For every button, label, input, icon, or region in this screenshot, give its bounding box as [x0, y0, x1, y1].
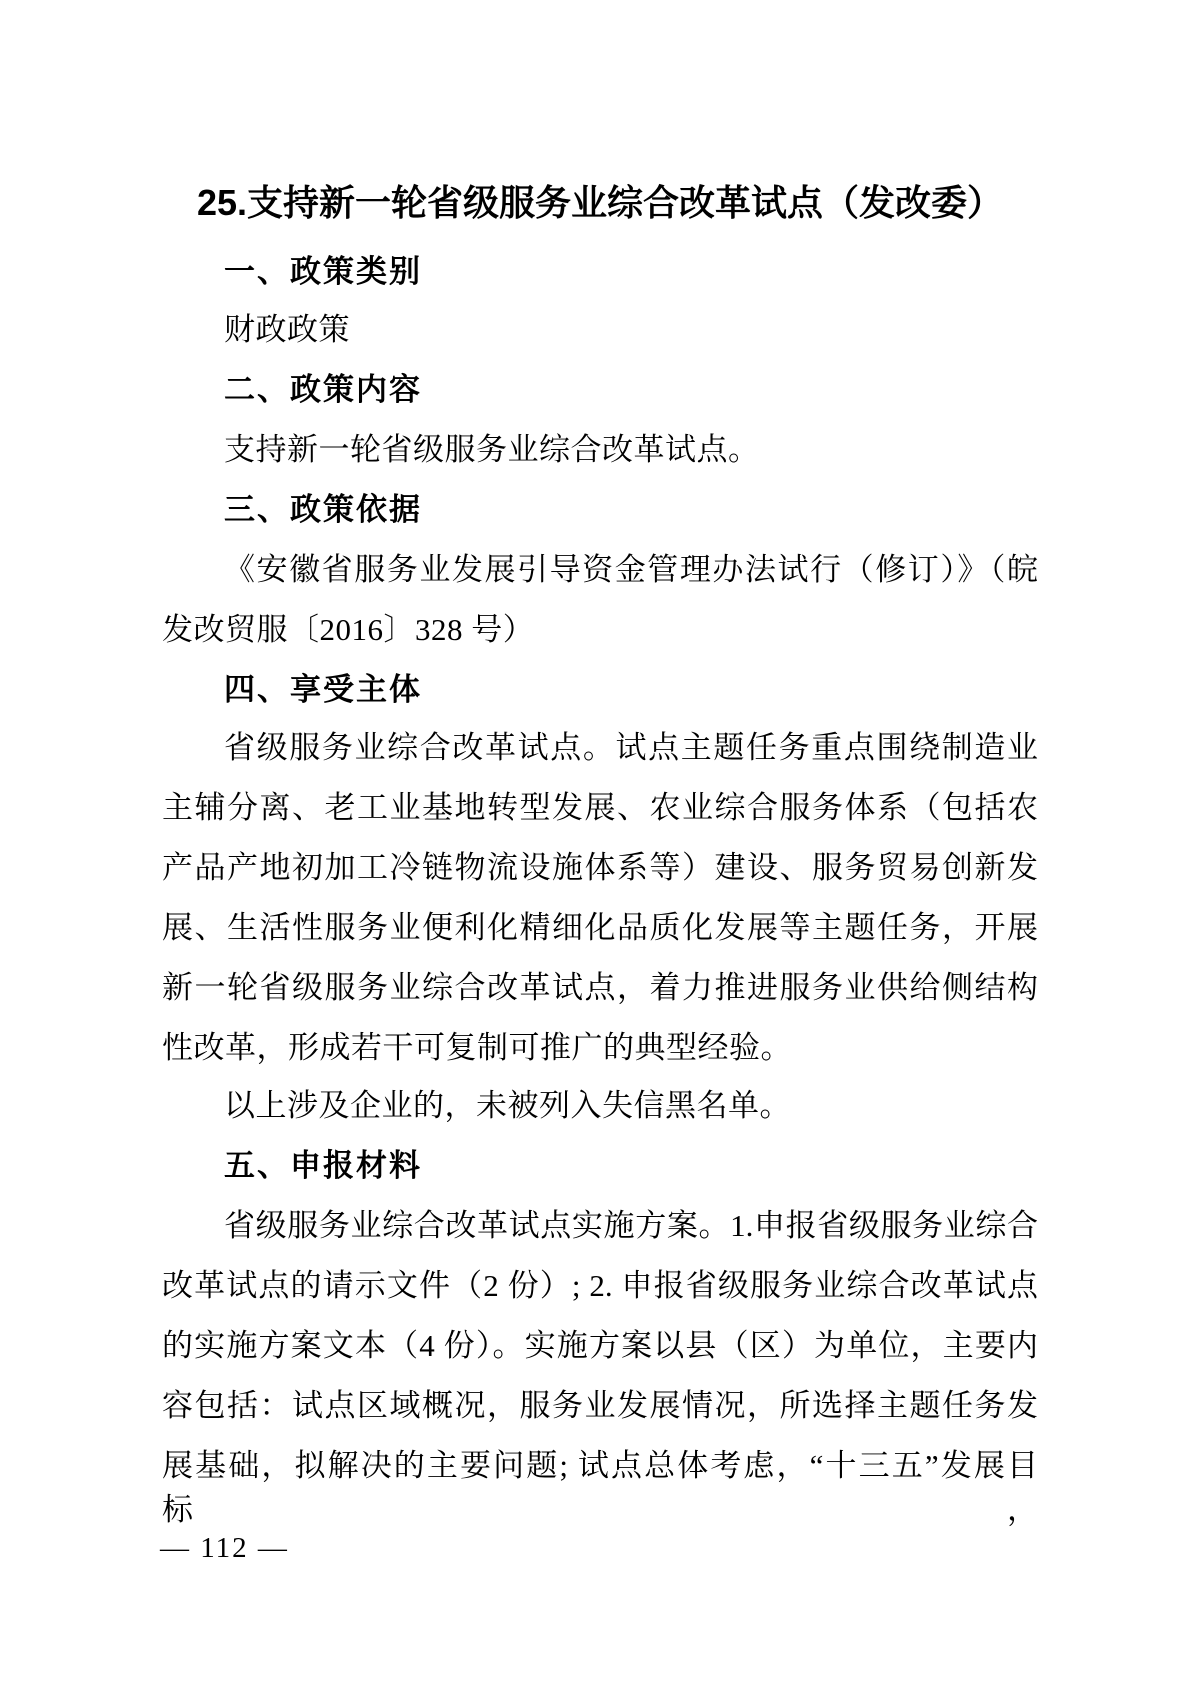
- section-heading-policy-category: 一、政策类别: [162, 250, 1038, 294]
- doc-title: 25.支持新一轮省级服务业综合改革试点（发改委）: [162, 180, 1038, 226]
- body-line: 的实施方案文本（4 份）。实施方案以县（区）为单位，主要内: [162, 1324, 1038, 1368]
- document-page: 25.支持新一轮省级服务业综合改革试点（发改委） 一、政策类别 财政政策 二、政…: [0, 0, 1190, 1683]
- body-line: 展、生活性服务业便利化精细化品质化发展等主题任务，开展: [162, 906, 1038, 950]
- section-heading-application-materials: 五、申报材料: [162, 1144, 1038, 1188]
- section-heading-beneficiaries: 四、享受主体: [162, 668, 1038, 712]
- body-line: 性改革，形成若干可复制可推广的典型经验。: [162, 1026, 1038, 1070]
- body-line: 《安徽省服务业发展引导资金管理办法试行（修订）》（皖: [162, 548, 1038, 592]
- body-line: 发改贸服〔2016〕328 号）: [162, 608, 1038, 652]
- section-heading-policy-content: 二、政策内容: [162, 368, 1038, 412]
- page-number: — 112 —: [160, 1532, 289, 1565]
- body-line: 以上涉及企业的，未被列入失信黑名单。: [162, 1084, 1038, 1128]
- body-line: 改革试点的请示文件（2 份）; 2. 申报省级服务业综合改革试点: [162, 1264, 1038, 1308]
- body-line: 主辅分离、老工业基地转型发展、农业综合服务体系（包括农: [162, 786, 1038, 830]
- section-heading-policy-basis: 三、政策依据: [162, 488, 1038, 532]
- body-line: 省级服务业综合改革试点。试点主题任务重点围绕制造业: [162, 726, 1038, 770]
- body-line: 省级服务业综合改革试点实施方案。1.申报省级服务业综合: [162, 1204, 1038, 1248]
- body-line: 财政政策: [162, 308, 1038, 352]
- body-line: 新一轮省级服务业综合改革试点，着力推进服务业供给侧结构: [162, 966, 1038, 1010]
- body-line: 支持新一轮省级服务业综合改革试点。: [162, 428, 1038, 472]
- body-line: 展基础，拟解决的主要问题; 试点总体考虑，“十三五”发展目标，: [162, 1444, 1038, 1488]
- body-line: 容包括：试点区域概况，服务业发展情况，所选择主题任务发: [162, 1384, 1038, 1428]
- body-line: 产品产地初加工冷链物流设施体系等）建设、服务贸易创新发: [162, 846, 1038, 890]
